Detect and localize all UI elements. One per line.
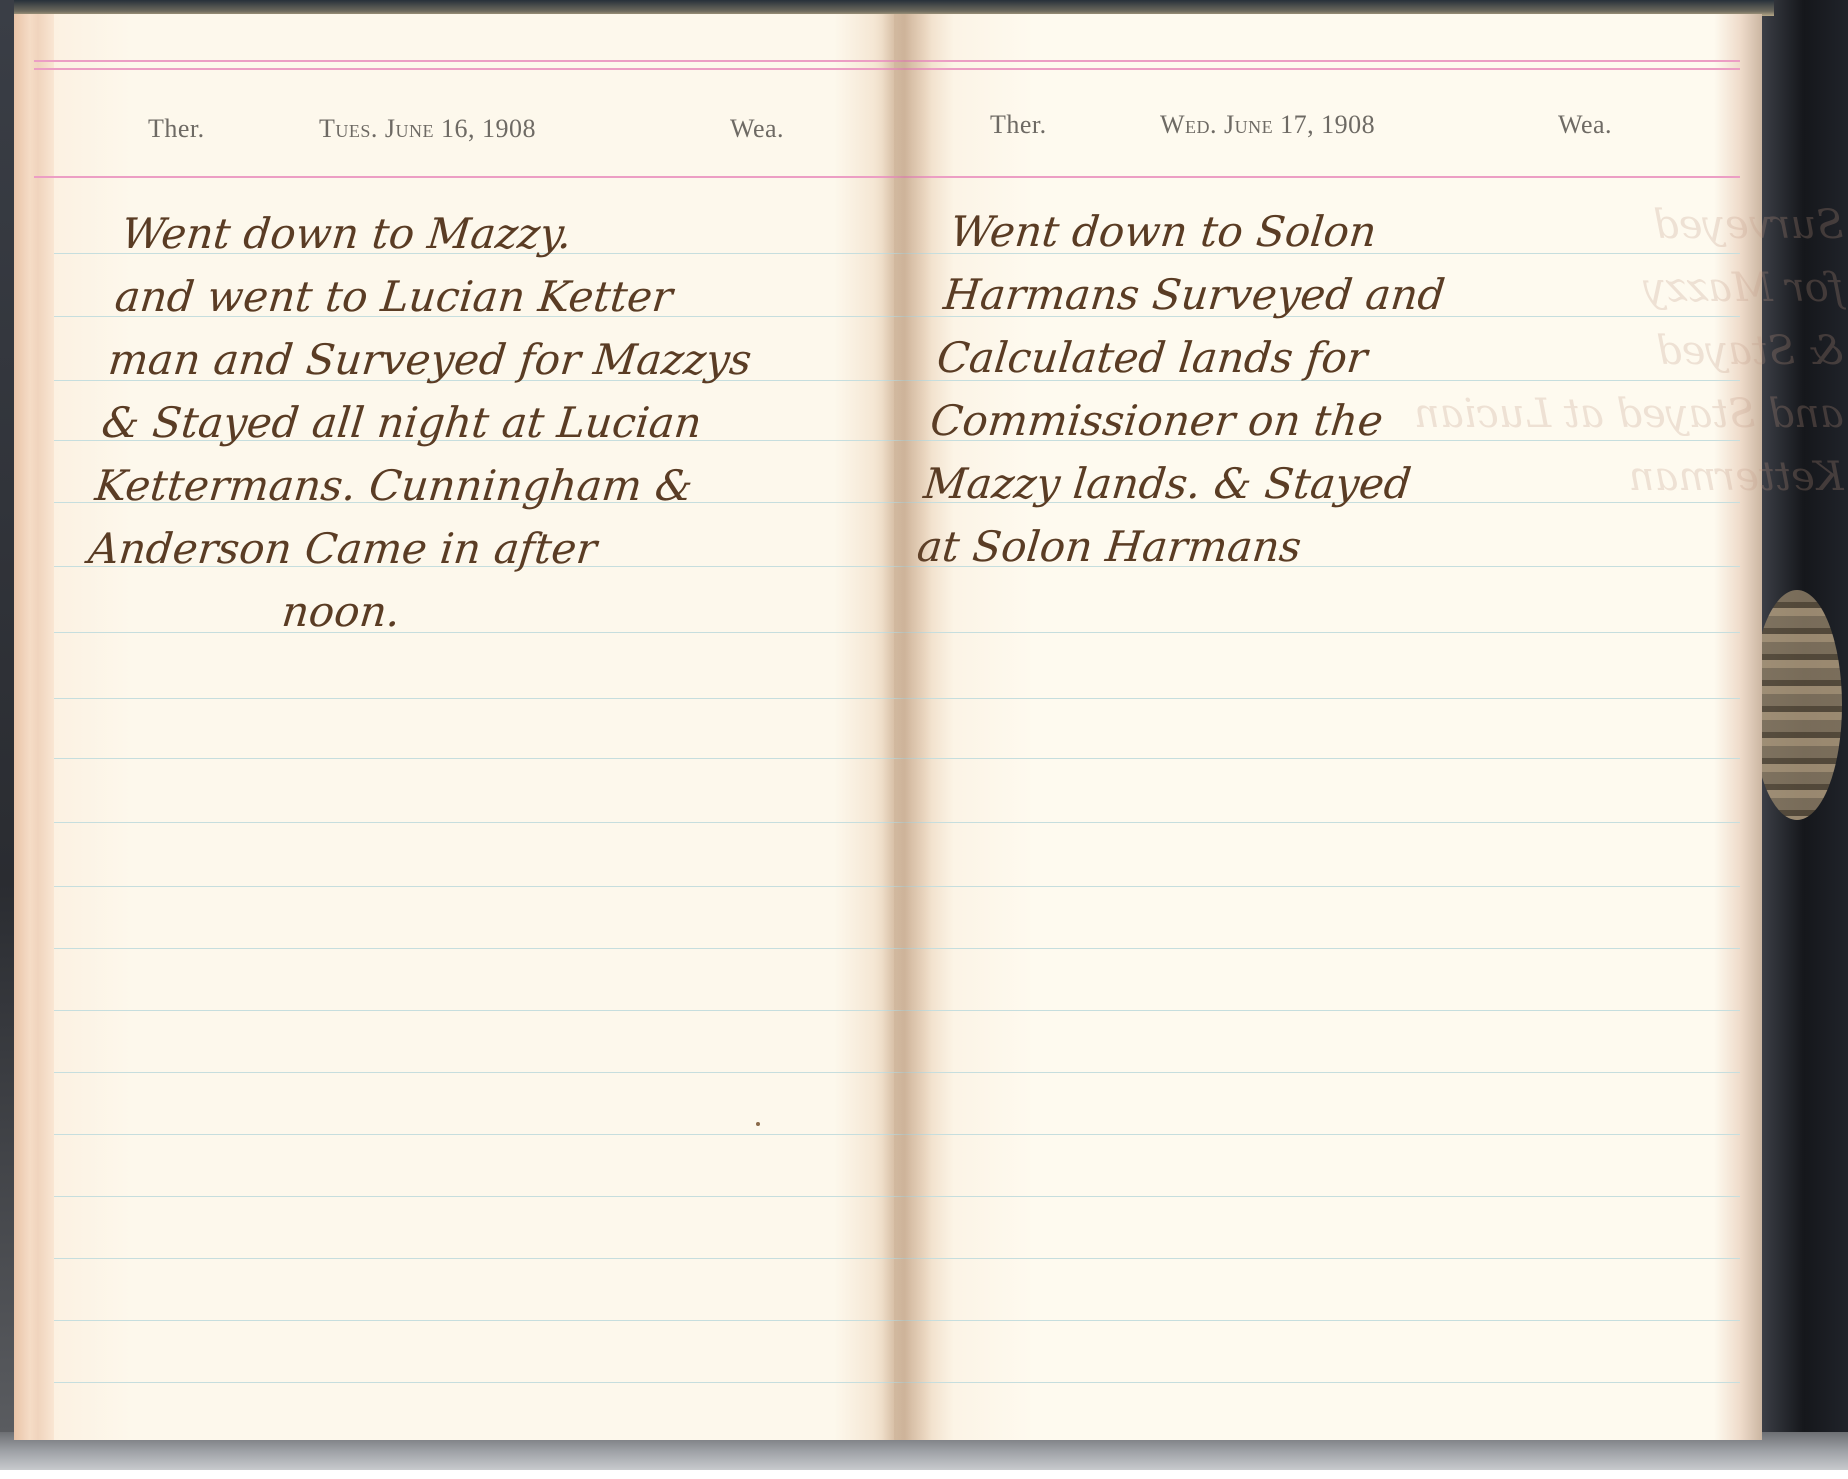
entry-line: Kettermans. Cunningham & — [92, 454, 741, 517]
ruled-line — [894, 632, 1740, 633]
ruled-line — [894, 1134, 1740, 1135]
entry-line: Harmans Surveyed and — [941, 263, 1448, 326]
ruled-line — [894, 948, 1740, 949]
right-page: Ther. Wed. June 17, 1908 Wea. Surveyedfo… — [894, 14, 1762, 1440]
left-page: Ther. Tues. June 16, 1908 Wea. Went down… — [14, 14, 894, 1440]
top-double-rule — [894, 68, 1740, 70]
header-bottom-rule — [894, 176, 1740, 178]
ruled-line — [54, 1382, 894, 1383]
ruled-line — [894, 886, 1740, 887]
ink-speck — [756, 1122, 760, 1126]
ruled-line — [54, 886, 894, 887]
ruled-line — [894, 758, 1740, 759]
entry-line: Commissioner on the — [927, 389, 1434, 452]
entry-line: Calculated lands for — [934, 326, 1441, 389]
entry-line: man and Surveyed for Mazzys — [105, 328, 754, 391]
entry-line: at Solon Harmans — [914, 515, 1421, 578]
ruled-line — [894, 1010, 1740, 1011]
ruled-line — [54, 1134, 894, 1135]
ruled-line — [54, 1010, 894, 1011]
ruled-line — [894, 822, 1740, 823]
page-date: Tues. June 16, 1908 — [319, 114, 536, 144]
ruled-line — [54, 948, 894, 949]
ruled-line — [894, 1072, 1740, 1073]
ruled-line — [54, 758, 894, 759]
ruled-line — [54, 1072, 894, 1073]
entry-line: Mazzy lands. & Stayed — [921, 452, 1428, 515]
ruled-line — [894, 1196, 1740, 1197]
open-diary: Ther. Tues. June 16, 1908 Wea. Went down… — [14, 14, 1762, 1440]
entry-line: Went down to Solon — [947, 200, 1454, 263]
handwritten-entry: Went down to Solon Harmans Surveyed and … — [914, 200, 1455, 578]
weather-label: Wea. — [730, 114, 784, 144]
ruled-line — [54, 698, 894, 699]
header-bottom-rule — [34, 176, 894, 178]
entry-line: & Stayed all night at Lucian — [99, 391, 748, 454]
top-double-rule — [894, 60, 1740, 62]
entry-line: and went to Lucian Ketter — [112, 265, 761, 328]
book-gutter — [882, 14, 932, 1440]
thermometer-label: Ther. — [990, 110, 1047, 140]
ruled-line — [894, 1258, 1740, 1259]
top-double-rule — [34, 68, 894, 70]
entry-line: noon. — [79, 580, 728, 643]
page-date: Wed. June 17, 1908 — [1160, 110, 1375, 140]
ruled-line — [54, 1196, 894, 1197]
ruled-line — [894, 698, 1740, 699]
handwritten-entry: Went down to Mazzy. and went to Lucian K… — [79, 202, 768, 643]
entry-line: Went down to Mazzy. — [119, 202, 768, 265]
ruled-line — [894, 1320, 1740, 1321]
ribbed-disc-object — [1752, 590, 1842, 820]
ruled-line — [54, 1320, 894, 1321]
ruled-line — [54, 822, 894, 823]
page-stack-edge — [14, 14, 54, 1440]
ruled-line — [54, 1258, 894, 1259]
thermometer-label: Ther. — [148, 114, 205, 144]
weather-label: Wea. — [1558, 110, 1612, 140]
ruled-line — [894, 1382, 1740, 1383]
bleed-through-text: Surveyedfor Mazzy& Stayedand Stayed at L… — [1414, 194, 1844, 509]
entry-line: Anderson Came in after — [85, 517, 734, 580]
top-double-rule — [34, 60, 894, 62]
